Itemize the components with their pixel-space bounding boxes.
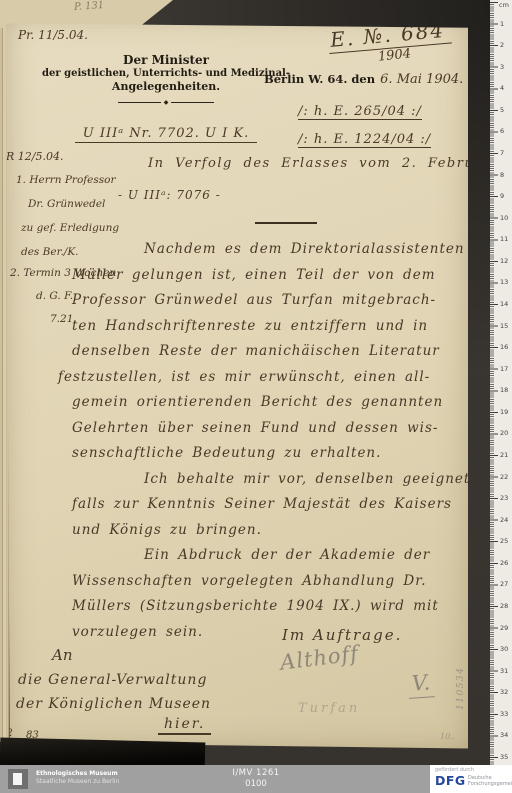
file-number: U IIIᵃ Nr. 7702. U I K. (40, 122, 292, 141)
ruler-number: 15 (500, 322, 508, 330)
body-text-line: Müllers (Sitzungsberichte 1904 IX.) wird… (58, 594, 470, 620)
ruler-number: 16 (500, 343, 508, 351)
body-text-line: Wissenschaften vorgelegten Abhandlung Dr… (58, 569, 470, 595)
ruler-number: 10 (500, 214, 508, 222)
ruler-cm-ticks (490, 2, 498, 765)
dateline-printed: Berlin W. 64. den (264, 72, 375, 86)
margin-note-line: Dr. Grünwedel (28, 192, 119, 216)
document-page: Pr. 11/5.04. E. №. 684 1904 Der Minister… (6, 16, 468, 750)
ruler-number: 18 (500, 386, 508, 394)
pencil-corner-number: 10.. (440, 732, 455, 741)
ruler-number: 13 (500, 278, 508, 286)
ruler-number: 31 (500, 667, 508, 675)
body-text-line: senschaftliche Bedeutung zu erhalten. (58, 441, 470, 467)
ruler-number: 9 (500, 192, 504, 200)
ruler-number: 34 (500, 731, 508, 739)
ruler-number: 21 (500, 451, 508, 459)
address-line-1: An (52, 646, 73, 664)
dfg-org-line2: Forschungsgemeinschaft (468, 781, 512, 787)
ruler-number: 8 (500, 171, 504, 179)
ruler-number: 33 (500, 710, 508, 718)
signature: Althoff (279, 641, 360, 674)
pencil-initial: V. (407, 670, 435, 699)
ruler-unit-label: cm (499, 1, 509, 9)
body-text-line: denselben Reste der manichäischen Litera… (58, 339, 470, 365)
closing-formula: Im Auftrage. (282, 626, 402, 644)
ruler-number: 27 (500, 580, 508, 588)
scanned-document-view: P. 131 Pr. 11/5.04. E. №. 684 1904 Der M… (0, 0, 512, 793)
address-line-4: hier. (158, 716, 211, 735)
body-text: Nachdem es dem Direktorialassistenten Dr… (58, 237, 470, 645)
letterhead-line2: der geistlichen, Unterrichts- und Medizi… (40, 67, 292, 80)
ruler-number: 29 (500, 624, 508, 632)
ruler: cm 1234567891011121314151617181920212223… (490, 0, 512, 765)
body-text-line: Ein Abdruck der der Akademie der (58, 543, 470, 569)
ruler-number: 12 (500, 257, 508, 265)
ruler-number: 32 (500, 688, 508, 696)
ruler-number: 6 (500, 127, 504, 135)
dateline: Berlin W. 64. den 6. Mai 1904. (264, 68, 463, 87)
reference-number-2: /: h. E. 1224/04 :/ (298, 132, 431, 147)
address-line-3: der Königlichen Museen (16, 696, 211, 712)
ruler-number: 19 (500, 408, 508, 416)
ruler-number: 22 (500, 473, 508, 481)
ruler-number: 5 (500, 106, 504, 114)
ruler-number: 3 (500, 63, 504, 71)
ruler-number: 28 (500, 602, 508, 610)
body-text-line: falls zur Kenntnis Seiner Majestät des K… (58, 492, 470, 518)
body-text-line: Professor Grünwedel aus Turfan mitgebrac… (58, 288, 470, 314)
body-text-line: Müller gelungen ist, einen Teil der von … (58, 263, 470, 289)
body-text-line: ten Handschriftenreste zu entziffern und… (58, 314, 470, 340)
body-text-line: und Königs zu bringen. (58, 518, 470, 544)
reference-number-1: /: h. E. 265/04 :/ (298, 104, 422, 119)
body-text-line: Ich behalte mir vor, denselben geeignete… (58, 467, 470, 493)
dateline-handwritten: 6. Mai 1904. (380, 72, 463, 87)
ruler-number: 23 (500, 494, 508, 502)
ruler-number: 35 (500, 753, 508, 761)
letterhead-ornament-icon: ◆ (118, 99, 214, 106)
ruler-number: 20 (500, 429, 508, 437)
ruler-number: 25 (500, 537, 508, 545)
ruler-number: 30 (500, 645, 508, 653)
registry-year: 1904 (377, 46, 411, 64)
section-divider-rule (255, 222, 317, 224)
address-line-2: die General-Verwaltung (18, 672, 207, 688)
under-sheet-page-number: P. 131 (74, 0, 105, 13)
ruler-number: 24 (500, 516, 508, 524)
footer-bar: Ethnologisches Museum Staatliche Museen … (0, 765, 512, 793)
ruler-number: 2 (500, 41, 504, 49)
presentation-note: Pr. 11/5.04. (18, 28, 88, 42)
erlass-reference: - U IIIᵃ: 7076 - (118, 188, 221, 202)
body-text-line: festzustellen, ist es mir erwünscht, ein… (58, 365, 470, 391)
body-text-line: vorzulegen sein. (58, 620, 470, 646)
dfg-funding-box: gefördert durch DFG Deutsche Forschungsg… (430, 765, 512, 793)
letterhead: Der Minister der geistlichen, Unterricht… (40, 54, 292, 106)
ruler-number: 17 (500, 365, 508, 373)
margin-note-line: 1. Herrn Professor (16, 168, 119, 192)
received-note: R 12/5.04. (6, 150, 63, 163)
ruler-number: 14 (500, 300, 508, 308)
ruler-number: 11 (500, 235, 508, 243)
dfg-logo: DFG (435, 773, 466, 788)
ruler-number: 1 (500, 20, 504, 28)
ruler-number: 7 (500, 149, 504, 157)
pencil-keyword: Turfan (298, 701, 360, 716)
ruler-number: 4 (500, 84, 504, 92)
letterhead-line1: Der Minister (40, 54, 292, 67)
body-intro-line: In Verfolg des Erlasses vom 2. Februar 1… (148, 156, 512, 171)
body-text-line: gemein orientierenden Bericht des genann… (58, 390, 470, 416)
pencil-vertical-number: 110534 (456, 648, 466, 710)
body-text-line: Gelehrten über seinen Fund und dessen wi… (58, 416, 470, 442)
letterhead-line3: Angelegenheiten. (40, 80, 292, 93)
body-text-line: Nachdem es dem Direktorialassistenten Dr… (58, 237, 470, 263)
ruler-number: 26 (500, 559, 508, 567)
